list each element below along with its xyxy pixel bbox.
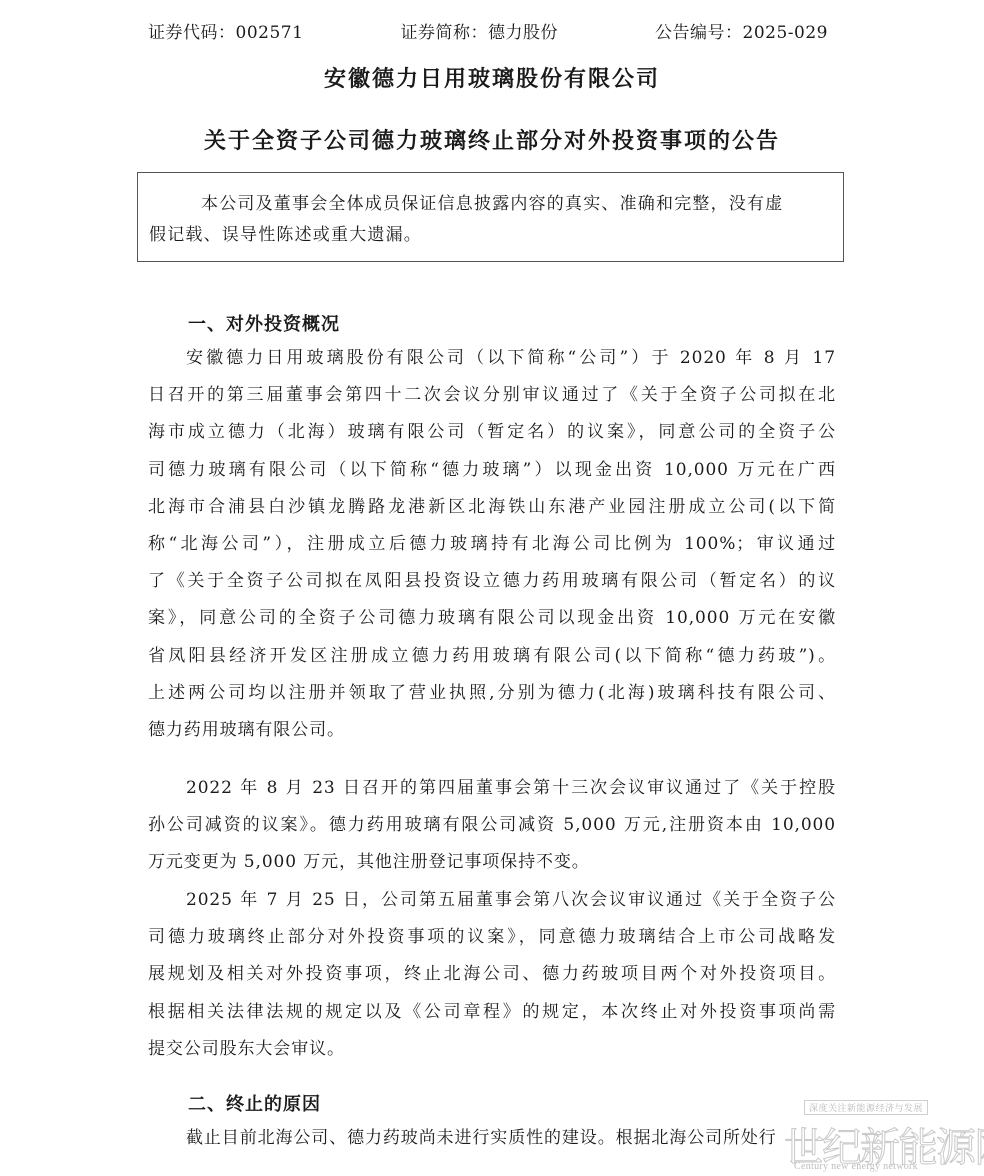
text-line: 孙公司减资的议案》。德力药用玻璃有限公司减资 5,000 万元,注册资本由 10… — [148, 807, 836, 844]
text-line: 了《关于全资子公司拟在凤阳县投资设立德力药用玻璃有限公司（暂定名）的议 — [148, 563, 836, 600]
text-line: 2022 年 8 月 23 日召开的第四届董事会第十三次会议审议通过了《关于控股 — [148, 770, 836, 807]
text-line: 展规划及相关对外投资事项，终止北海公司、德力药玻项目两个对外投资项目。 — [148, 956, 836, 993]
text-line: 司德力玻璃终止部分对外投资事项的议案》，同意德力玻璃结合上市公司战略发 — [148, 919, 836, 956]
watermark-slogan: 深度关注新能源经济与发展 — [804, 1100, 928, 1115]
section-heading-reasons: 二、终止的原因 — [188, 1090, 321, 1116]
paragraph-termination-resolution: 2025 年 7 月 25 日，公司第五届董事会第八次会议审议通过《关于全资子公… — [148, 882, 836, 1068]
watermark-english: Century new energy network — [794, 1161, 918, 1172]
paragraph-investment-overview: 安徽德力日用玻璃股份有限公司（以下简称“公司”）于 2020 年 8 月 17 … — [148, 340, 836, 749]
text-line: 2025 年 7 月 25 日，公司第五届董事会第八次会议审议通过《关于全资子公 — [148, 882, 836, 919]
text-line: 海市成立德力（北海）玻璃有限公司（暂定名）的议案》，同意公司的全资子公 — [148, 414, 836, 451]
text-line: 安徽德力日用玻璃股份有限公司（以下简称“公司”）于 2020 年 8 月 17 — [148, 340, 836, 377]
text-line: 根据相关法律法规的规定以及《公司章程》的规定，本次终止对外投资事项尚需 — [148, 994, 836, 1031]
text-line: 提交公司股东大会审议。 — [148, 1031, 836, 1068]
stock-name: 证券简称：德力股份 — [400, 18, 558, 44]
text-line: 省凤阳县经济开发区注册成立德力药用玻璃有限公司(以下简称“德力药玻”)。 — [148, 638, 836, 675]
statement-line: 假记载、误导性陈述或重大遗漏。 — [149, 220, 833, 251]
text-line: 日召开的第三届董事会第四十二次会议分别审议通过了《关于全资子公司拟在北 — [148, 377, 836, 414]
paragraph-termination-reasons: 截止目前北海公司、德力药玻尚未进行实质性的建设。根据北海公司所处行 — [148, 1120, 836, 1157]
document-title: 关于全资子公司德力玻璃终止部分对外投资事项的公告 — [0, 124, 984, 155]
text-line: 德力药用玻璃有限公司。 — [148, 712, 836, 749]
text-line: 万元变更为 5,000 万元，其他注册登记事项保持不变。 — [148, 844, 836, 881]
text-line: 截止目前北海公司、德力药玻尚未进行实质性的建设。根据北海公司所处行 — [148, 1120, 836, 1157]
text-line: 司德力玻璃有限公司（以下简称“德力玻璃”）以现金出资 10,000 万元在广西 — [148, 452, 836, 489]
paragraph-capital-reduction: 2022 年 8 月 23 日召开的第四届董事会第十三次会议审议通过了《关于控股… — [148, 770, 836, 882]
statement-line: 本公司及董事会全体成员保证信息披露内容的真实、准确和完整，没有虚 — [149, 189, 833, 220]
stock-code: 证券代码：002571 — [148, 18, 303, 44]
company-title: 安徽德力日用玻璃股份有限公司 — [0, 62, 984, 93]
text-line: 称“北海公司”），注册成立后德力玻璃持有北海公司比例为 100%；审议通过 — [148, 526, 836, 563]
section-heading-overview: 一、对外投资概况 — [188, 310, 340, 336]
announcement-number: 公告编号：2025-029 — [655, 18, 828, 44]
text-line: 上述两公司均以注册并领取了营业执照,分别为德力(北海)玻璃科技有限公司、 — [148, 675, 836, 712]
text-line: 案》，同意公司的全资子公司德力玻璃有限公司以现金出资 10,000 万元在安徽 — [148, 600, 836, 637]
board-statement-box: 本公司及董事会全体成员保证信息披露内容的真实、准确和完整，没有虚 假记载、误导性… — [137, 172, 844, 262]
announcement-page: 证券代码：002571 证券简称：德力股份 公告编号：2025-029 安徽德力… — [0, 0, 984, 1176]
text-line: 北海市合浦县白沙镇龙腾路龙港新区北海铁山东港产业园注册成立公司(以下简 — [148, 489, 836, 526]
announcement-header: 证券代码：002571 证券简称：德力股份 公告编号：2025-029 — [148, 18, 828, 44]
